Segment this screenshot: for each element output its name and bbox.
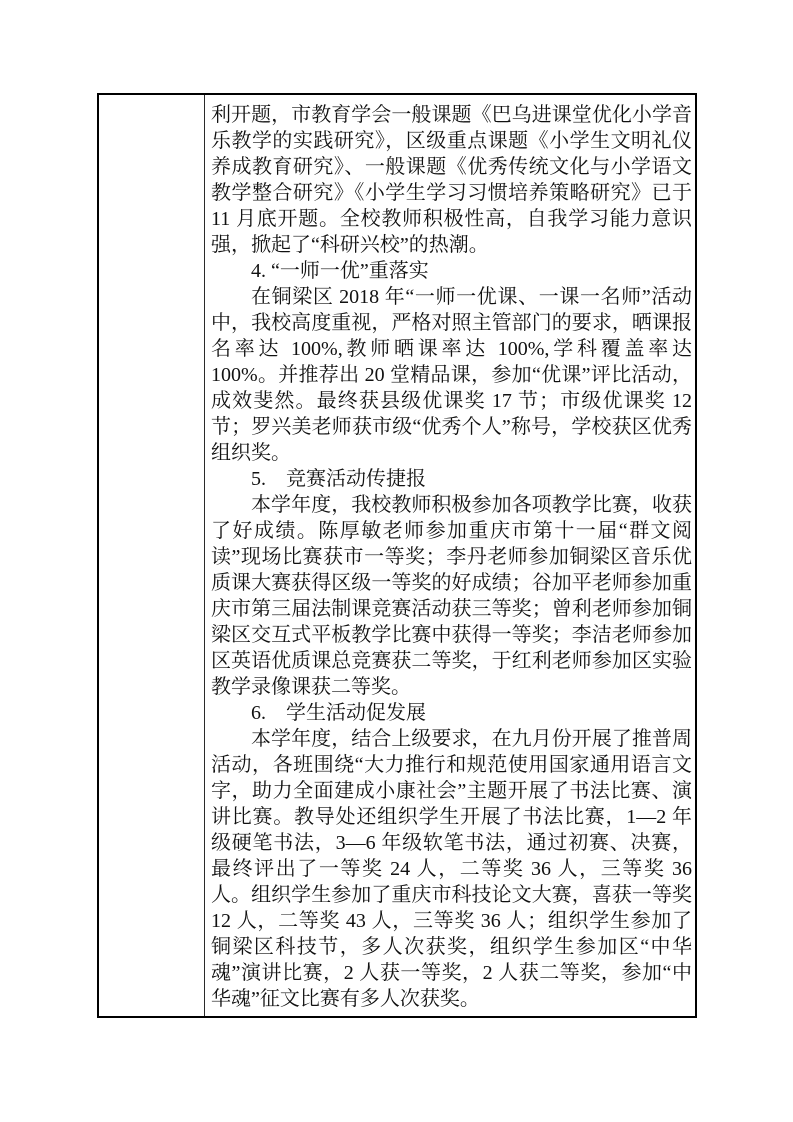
section-heading-4: 4. “一师一优”重落实 (211, 258, 692, 284)
section-heading-6: 6. 学生活动促发展 (211, 700, 692, 726)
continuation-paragraph: 利开题，市教育学会一般课题《巴乌进课堂优化小学音乐教学的实践研究》，区级重点课题… (211, 102, 692, 258)
report-table: 利开题，市教育学会一般课题《巴乌进课堂优化小学音乐教学的实践研究》，区级重点课题… (97, 93, 697, 1018)
section-4-paragraph: 在铜梁区 2018 年“一师一优课、一课一名师”活动中，我校高度重视，严格对照主… (211, 284, 692, 466)
section-6-paragraph: 本学年度，结合上级要求，在九月份开展了推普周活动，各班围绕“大力推行和规范使用国… (211, 726, 692, 1012)
table-cell-content: 利开题，市教育学会一般课题《巴乌进课堂优化小学音乐教学的实践研究》，区级重点课题… (205, 95, 695, 1016)
section-5-paragraph: 本学年度，我校教师积极参加各项教学比赛，收获了好成绩。陈厚敏老师参加重庆市第十一… (211, 492, 692, 700)
table-cell-row-label-empty (99, 95, 205, 1016)
document-page: 利开题，市教育学会一般课题《巴乌进课堂优化小学音乐教学的实践研究》，区级重点课题… (0, 0, 793, 1122)
section-heading-5: 5. 竞赛活动传捷报 (211, 466, 692, 492)
